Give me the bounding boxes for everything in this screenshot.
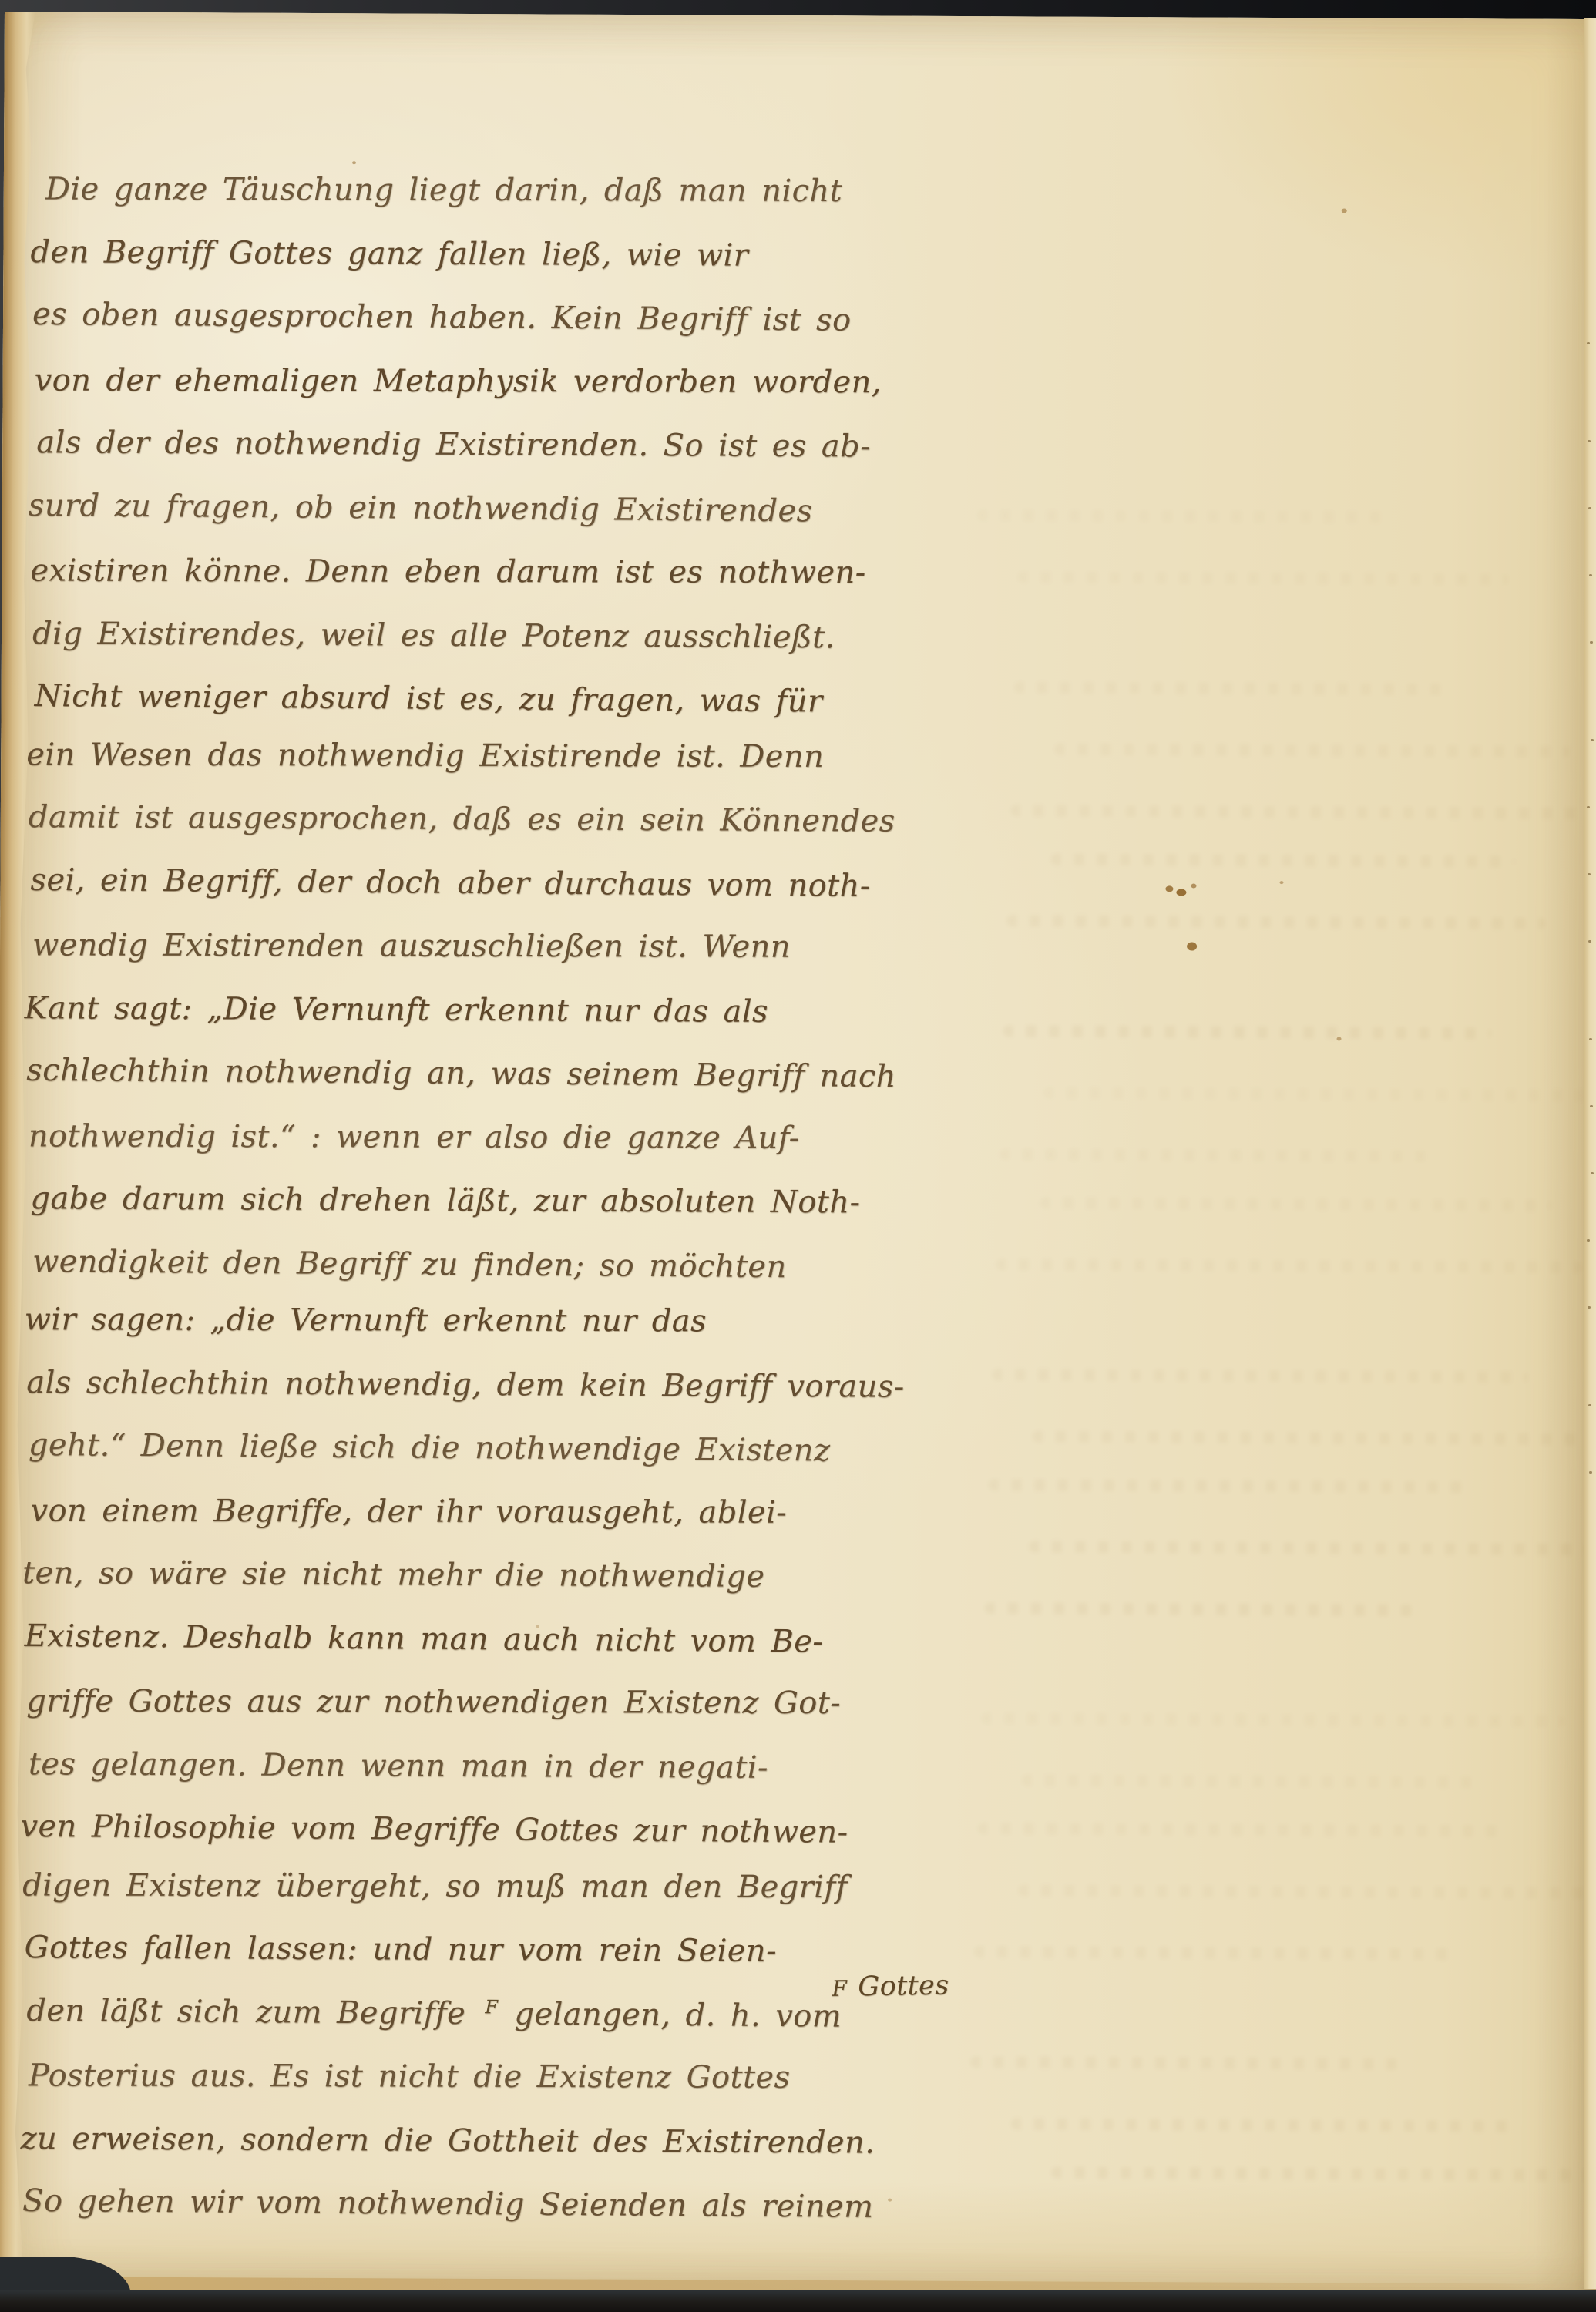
fore-edge-ink-mark xyxy=(1588,873,1591,875)
fore-edge-ink-mark xyxy=(1587,806,1590,808)
show-through-line xyxy=(1017,571,1508,585)
fore-edge-ink-mark xyxy=(1589,1471,1592,1474)
cover-bottom-band xyxy=(0,2290,1596,2312)
foxing-speck xyxy=(888,2199,892,2202)
manuscript-line: nothwendig ist.“ : wenn er also die ganz… xyxy=(29,1120,800,1154)
manuscript-line: Die ganze Täuschung liegt darin, daß man… xyxy=(45,173,842,208)
show-through-line xyxy=(1014,681,1454,695)
fore-edge-ink-mark xyxy=(1589,1038,1592,1040)
manuscript-line: geht.“ Denn ließe sich die nothwendige E… xyxy=(29,1429,831,1467)
inline-insertion-mark: F xyxy=(485,1996,498,2018)
manuscript-line: wendigkeit den Begriff zu finden; so möc… xyxy=(32,1245,787,1283)
foxing-speck xyxy=(352,161,356,164)
manuscript-line: wendig Existirenden auszuschließen ist. … xyxy=(32,929,791,963)
foxing-speck xyxy=(1336,1037,1341,1040)
fore-edge-ink-mark xyxy=(1588,507,1591,509)
manuscript-line: griffe Gottes aus zur nothwendigen Exist… xyxy=(26,1685,841,1719)
fore-edge-ink-mark xyxy=(1591,739,1594,741)
manuscript-line: den Begriff Gottes ganz fallen ließ, wie… xyxy=(30,236,748,272)
fore-edge-ink-mark xyxy=(1587,1239,1590,1242)
manuscript-line: wir sagen: „die Vernunft erkennt nur das xyxy=(25,1303,707,1337)
foxing-speck xyxy=(1176,889,1186,896)
show-through-line xyxy=(1051,854,1515,868)
insertion-mark: F xyxy=(832,1976,847,2001)
manuscript-line: ein Wesen das nothwendig Existirende ist… xyxy=(26,738,824,773)
manuscript-line: ten, so wäre sie nicht mehr die nothwend… xyxy=(22,1557,764,1593)
manuscript-line: Kant sagt: „Die Vernunft erkennt nur das… xyxy=(25,992,768,1028)
manuscript-line: tes gelangen. Denn wenn man in der negat… xyxy=(29,1748,768,1784)
show-through-line xyxy=(974,1946,1456,1960)
foxing-speck xyxy=(1191,884,1196,889)
manuscript-line: Gottes fallen lassen: und nur vom rein S… xyxy=(25,1931,777,1968)
manuscript-line: zu erweisen, sondern die Gottheit des Ex… xyxy=(20,2122,875,2159)
manuscript-line: schlechthin nothwendig an, was seinem Be… xyxy=(26,1054,896,1093)
fore-edge-ink-mark xyxy=(1590,1105,1593,1107)
show-through-line xyxy=(977,509,1393,523)
manuscript-line: von einem Begriffe, der ihr vorausgeht, … xyxy=(30,1494,787,1528)
margin-note-text: Gottes xyxy=(858,1970,949,2002)
show-through-line xyxy=(985,1602,1419,1616)
manuscript-line: Existenz. Deshalb kann man auch nicht vo… xyxy=(25,1619,824,1658)
manuscript-line: digen Existenz übergeht, so muß man den … xyxy=(22,1869,848,1904)
fore-edge-ink-mark xyxy=(1589,574,1592,576)
manuscript-line: den läßt sich zum Begriffe F gelangen, d… xyxy=(26,1994,842,2032)
manuscript-line: existiren könne. Denn eben darum ist es … xyxy=(30,554,865,589)
manuscript-line: es oben ausgesprochen haben. Kein Begrif… xyxy=(32,298,852,337)
manuscript-line: Posterius aus. Es ist nicht die Existenz… xyxy=(29,2059,791,2093)
show-through-line xyxy=(1011,2118,1517,2132)
show-through-line xyxy=(1000,1148,1436,1162)
fore-edge-ink-mark xyxy=(1588,440,1591,442)
manuscript-line: ven Philosophie vom Begriffe Gottes zur … xyxy=(20,1810,848,1849)
show-through-line xyxy=(1022,1774,1480,1788)
manuscript-scan: Die ganze Täuschung liegt darin, daß man… xyxy=(0,0,1596,2312)
fore-edge-ink-mark xyxy=(1590,641,1593,644)
manuscript-line: Nicht weniger absurd ist es, zu fragen, … xyxy=(35,680,823,717)
fore-edge-ink-mark xyxy=(1588,1404,1591,1406)
foxing-speck xyxy=(1279,881,1283,884)
manuscript-line: als schlechthin nothwendig, dem kein Beg… xyxy=(26,1366,905,1403)
manuscript-line: damit ist ausgesprochen, daß es ein sein… xyxy=(29,801,895,837)
manuscript-line: sei, ein Begriff, der doch aber durchaus… xyxy=(30,863,871,902)
manuscript-line: gabe darum sich drehen läßt, zur absolut… xyxy=(30,1182,860,1218)
manuscript-line: dig Existirendes, weil es alle Potenz au… xyxy=(32,617,835,654)
show-through-line xyxy=(970,2056,1401,2070)
foxing-speck xyxy=(1187,943,1197,951)
fore-edge-ink-mark xyxy=(1587,342,1590,344)
foxing-speck xyxy=(536,1625,539,1628)
manuscript-page: Die ganze Täuschung liegt darin, daß man… xyxy=(0,12,1596,2299)
show-through-line xyxy=(989,1479,1473,1493)
fore-edge-ink-mark xyxy=(1591,1172,1594,1174)
manuscript-line: von der ehemaligen Metaphysik verdorben … xyxy=(35,364,882,398)
manuscript-line: surd zu fragen, ob ein nothwendig Existi… xyxy=(29,489,813,526)
foxing-speck xyxy=(1342,208,1347,213)
fore-edge-ink-mark xyxy=(1588,940,1591,943)
foxing-speck xyxy=(1165,885,1173,892)
margin-note: FGottes xyxy=(832,1972,949,2001)
manuscript-line: So gehen wir vom nothwendig Seienden als… xyxy=(22,2185,874,2223)
manuscript-line: als der des nothwendig Existirenden. So … xyxy=(36,426,871,462)
fore-edge-ink-mark xyxy=(1588,1306,1591,1309)
show-through-line xyxy=(1003,1025,1491,1039)
book-fore-edge xyxy=(1584,18,1596,2289)
